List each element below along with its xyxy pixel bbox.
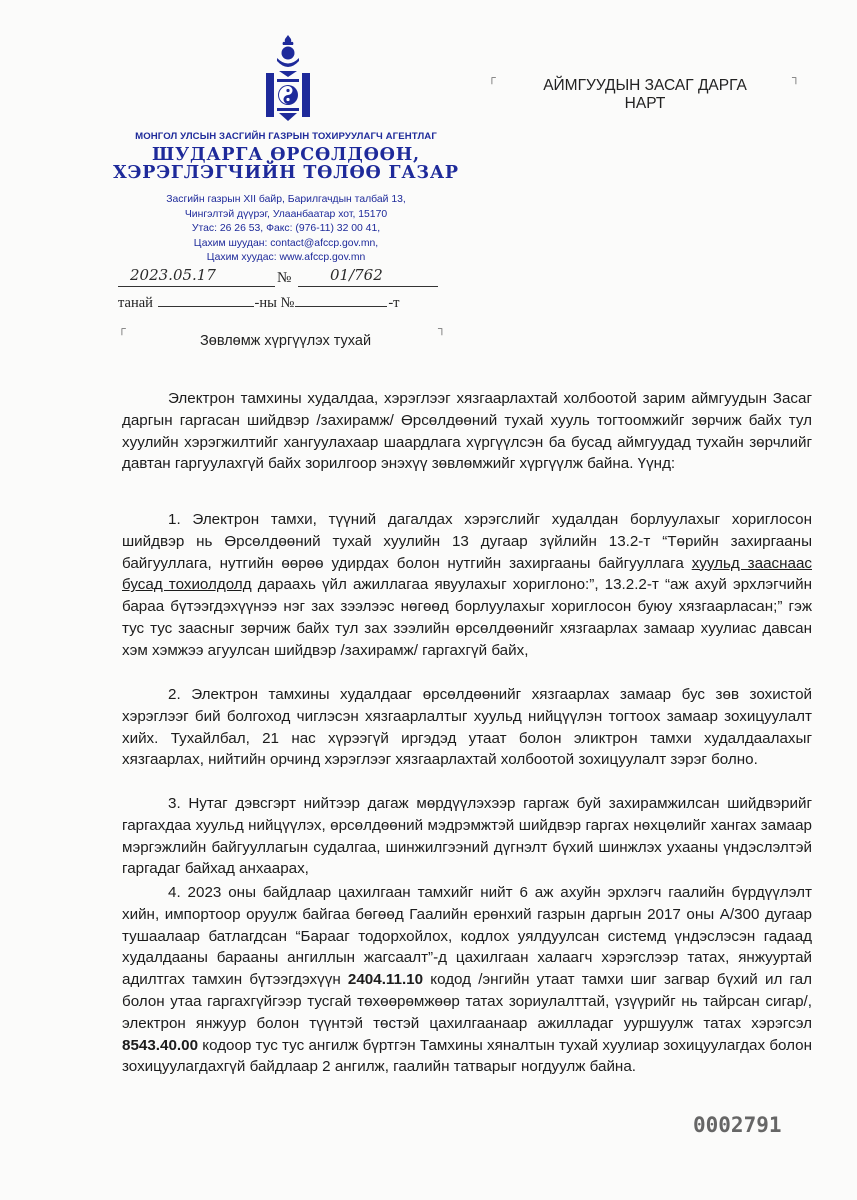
- corner-mark-right: ┐: [792, 72, 800, 84]
- agency-name-line1: ШУДАРГА ӨРСӨЛДӨӨН,: [110, 146, 462, 164]
- agency-address: Засгийн газрын XII байр, Барилгачдын тал…: [110, 193, 462, 266]
- corner-mark-right: ┐: [438, 323, 446, 335]
- item-4-paragraph: 4. 2023 оны байдлаар цахилгаан тамхийг н…: [122, 882, 812, 1078]
- agency-parent-name: МОНГОЛ УЛСЫН ЗАСГИЙН ГАЗРЫН ТОХИРУУЛАГЧ …: [110, 131, 462, 142]
- your-ref-mid: -ны №: [255, 295, 295, 311]
- your-ref-prefix: танай: [118, 295, 153, 311]
- letter-date: 2023.05.17: [130, 266, 216, 284]
- corner-mark-left: ┌: [118, 323, 126, 335]
- agency-name-line2: ХЭРЭГЛЭГЧИЙН ТӨЛӨӨ ГАЗАР: [110, 164, 462, 182]
- item-2-text: 2. Электрон тамхины худалдааг өрсөлдөөни…: [122, 684, 812, 771]
- item-1-paragraph: 1. Электрон тамхи, түүний дагалдах хэрэг…: [122, 509, 812, 662]
- item-2-paragraph: 2. Электрон тамхины худалдааг өрсөлдөөни…: [122, 684, 812, 771]
- agency-name: ШУДАРГА ӨРСӨЛДӨӨН, ХЭРЭГЛЭГЧИЙН ТӨЛӨӨ ГА…: [110, 146, 462, 182]
- corner-mark-left: ┌: [488, 72, 496, 84]
- page-serial-stamp: 0002791: [693, 1113, 782, 1137]
- letter-number: 01/762: [330, 266, 383, 284]
- recipient-line1: АЙМГУУДЫН ЗАСАГ ДАРГА: [500, 77, 790, 95]
- intro-paragraph: Электрон тамхины худалдаа, хэрэглээг хяз…: [122, 388, 812, 475]
- address-line: Засгийн газрын XII байр, Барилгачдын тал…: [110, 193, 462, 208]
- phone-fax-line: Утас: 26 26 53, Факс: (976-11) 32 00 41,: [110, 222, 462, 237]
- number-label: №: [277, 270, 291, 287]
- item-3-text: 3. Нутаг дэвсгэрт нийтээр дагаж мөрдүүлэ…: [122, 793, 812, 880]
- website-line: Цахим хуудас: www.afccp.gov.mn: [110, 251, 462, 266]
- soyombo-emblem-icon: [262, 33, 314, 125]
- hs-code-2: 8543.40.00: [122, 1037, 198, 1054]
- letter-subject: Зөвлөмж хүргүүлэх тухай: [200, 333, 371, 349]
- item-1-text: 1. Электрон тамхи, түүний дагалдах хэрэг…: [122, 509, 812, 662]
- your-ref-suffix: -т: [388, 295, 399, 311]
- item-4-text: 4. 2023 оны байдлаар цахилгаан тамхийг н…: [122, 882, 812, 1078]
- intro-text: Электрон тамхины худалдаа, хэрэглээг хяз…: [122, 388, 812, 475]
- your-ref-number-blank: [295, 306, 387, 307]
- your-reference-line: танай -ны №-т: [118, 295, 448, 312]
- email-line: Цахим шуудан: contact@afccp.gov.mn,: [110, 237, 462, 252]
- your-ref-date-blank: [158, 306, 254, 307]
- hs-code-1: 2404.11.10: [348, 971, 423, 988]
- recipient: АЙМГУУДЫН ЗАСАГ ДАРГА НАРТ: [500, 77, 790, 113]
- item-3-paragraph: 3. Нутаг дэвсгэрт нийтээр дагаж мөрдүүлэ…: [122, 793, 812, 880]
- address-line: Чингэлтэй дүүрэг, Улаанбаатар хот, 15170: [110, 208, 462, 223]
- recipient-line2: НАРТ: [500, 95, 790, 113]
- item-4-part3: кодоор тус тус ангилж бүртгэн Тамхины хя…: [122, 1037, 812, 1076]
